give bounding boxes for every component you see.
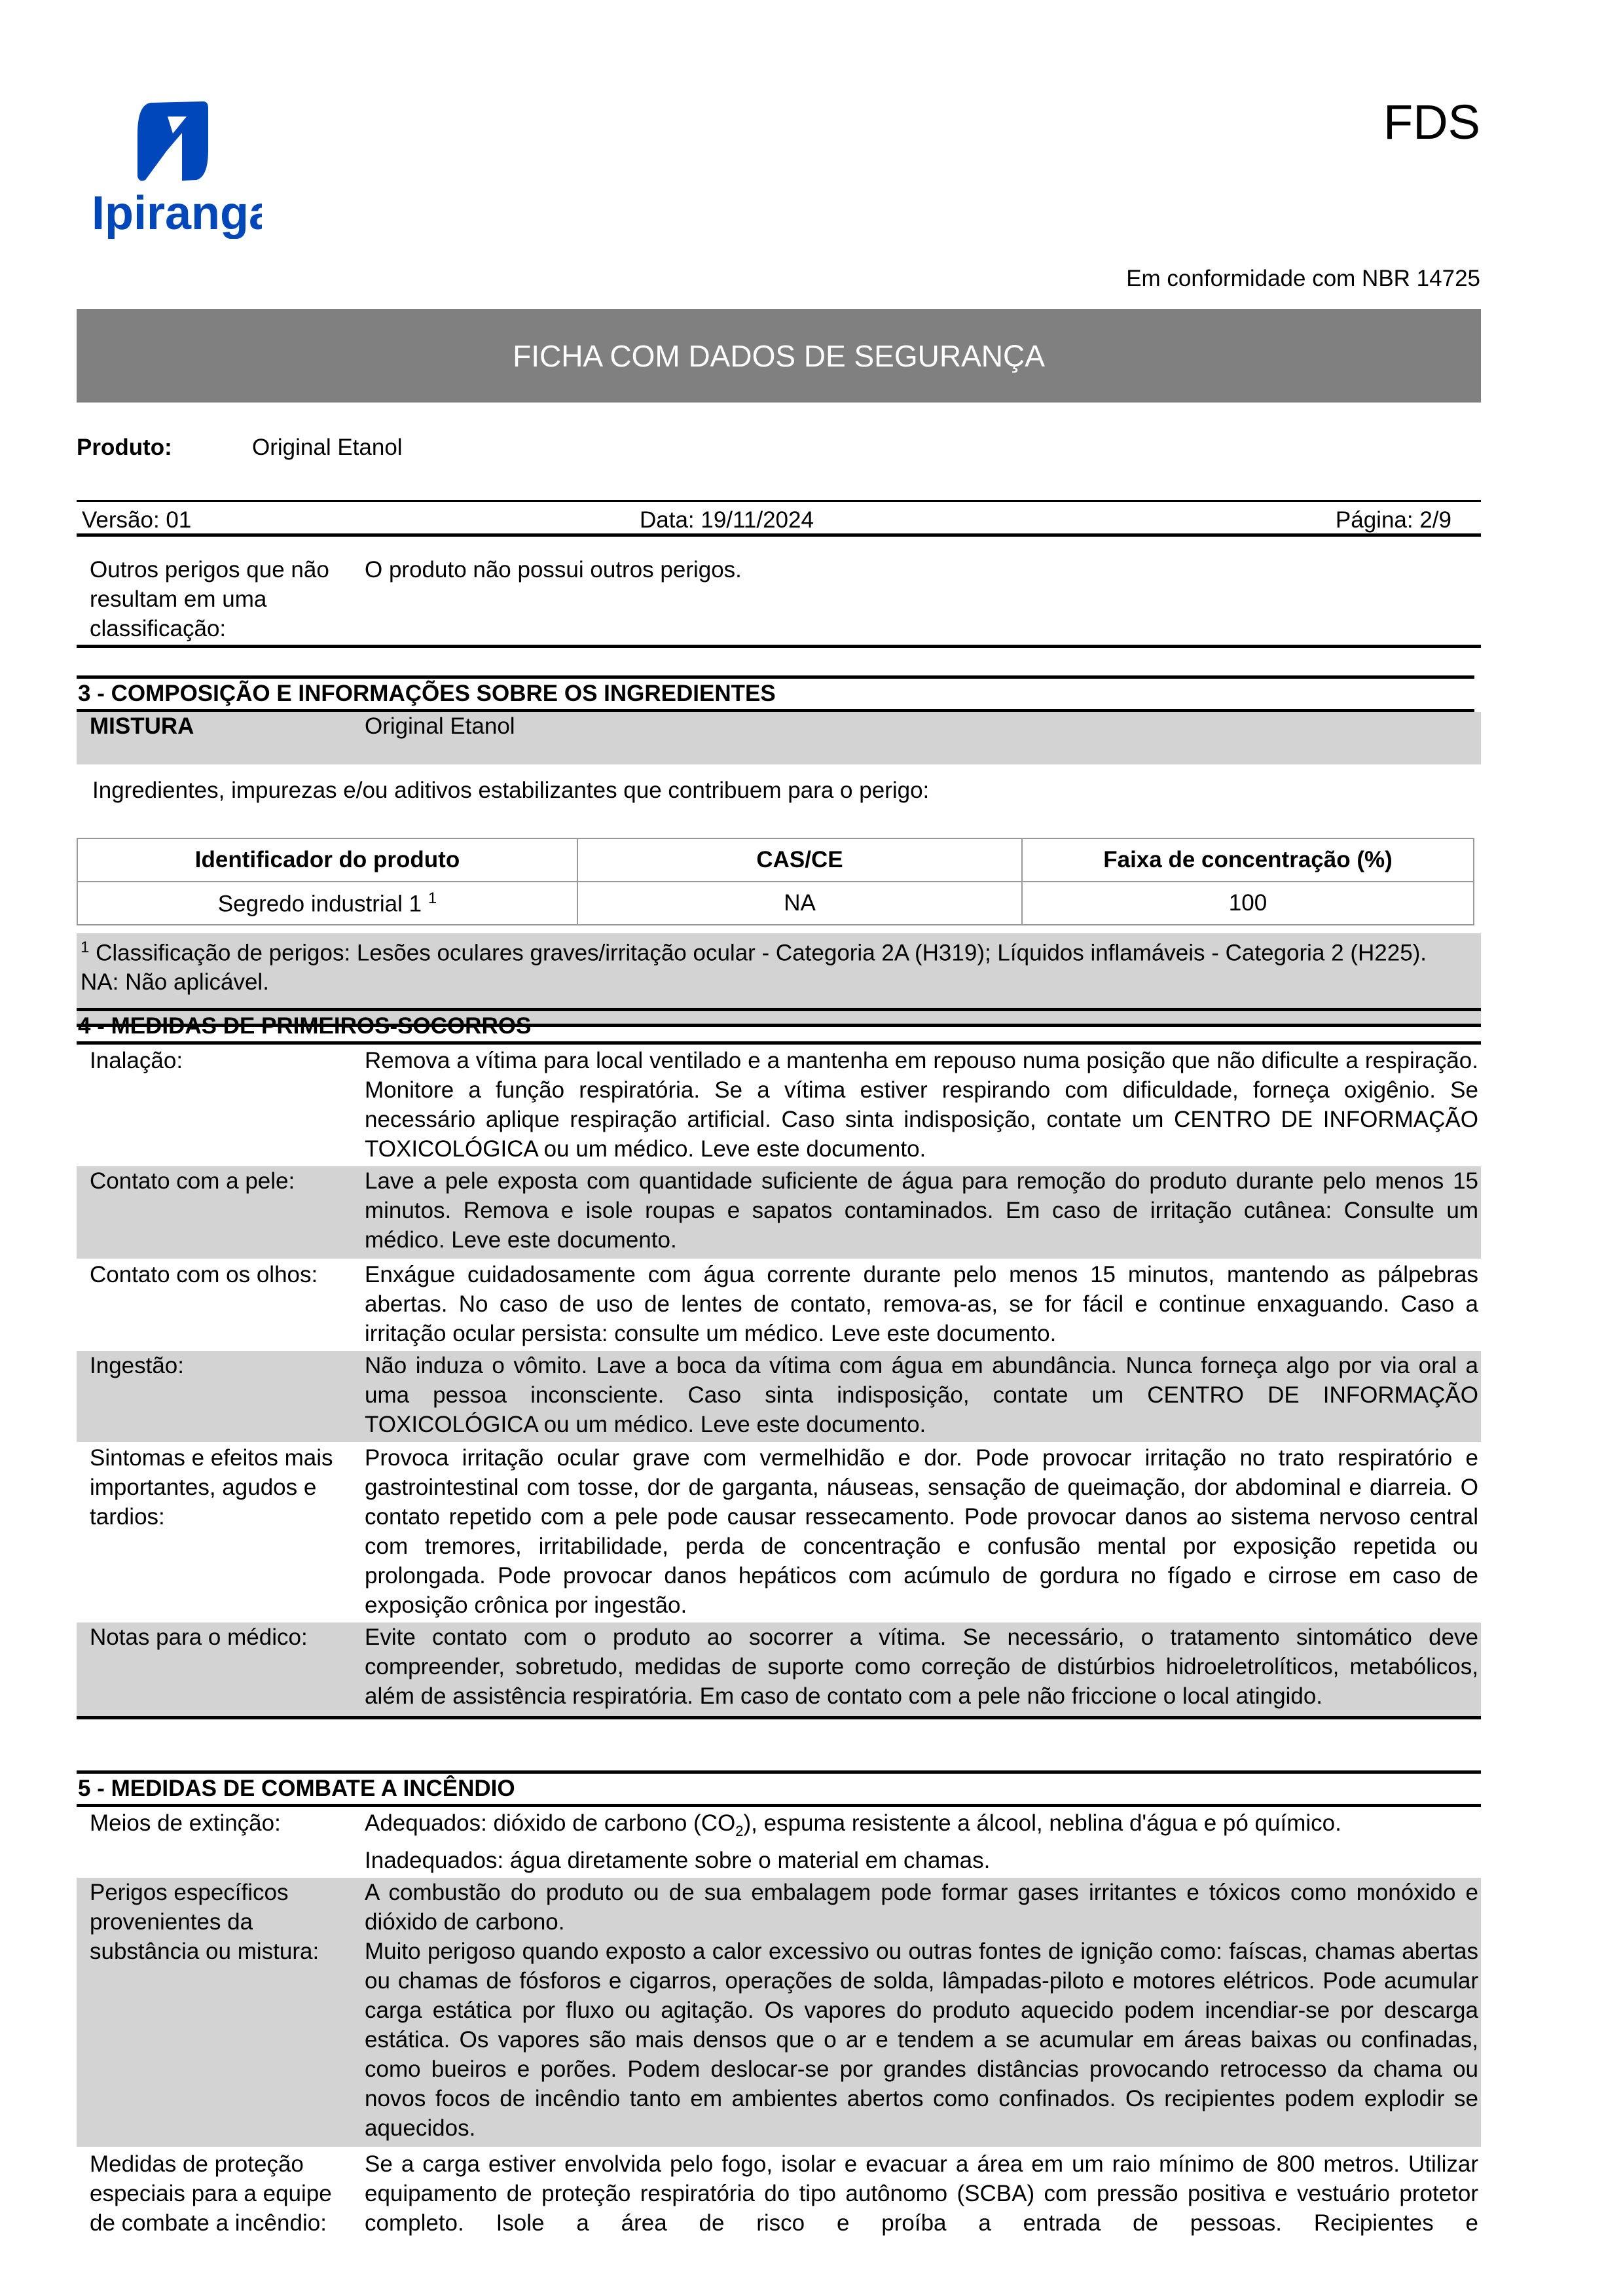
specific-hazards-text-2: Muito perigoso quando exposto a calor ex… xyxy=(365,1937,1478,2143)
ingredients-intro: Ingredientes, impurezas e/ou aditivos es… xyxy=(77,778,1481,838)
date: Data: 19/11/2024 xyxy=(640,507,814,533)
first-aid-label: Contato com os olhos: xyxy=(77,1260,365,1348)
first-aid-label: Notas para o médico: xyxy=(77,1623,365,1711)
mixture-row: MISTURA Original Etanol xyxy=(77,712,1481,764)
ingredients-table: Identificador do produto CAS/CE Faixa de… xyxy=(77,838,1474,925)
first-aid-label: Sintomas e efeitos mais importantes, agu… xyxy=(77,1443,365,1620)
section-5-title: 5 - MEDIDAS DE COMBATE A INCÊNDIO xyxy=(77,1770,1481,1807)
first-aid-ingestion: Ingestão: Não induza o vômito. Lave a bo… xyxy=(77,1351,1481,1442)
section-4-title: 4 - MEDIDAS DE PRIMEIROS-SOCORROS xyxy=(77,1008,1481,1045)
document-title: FICHA COM DADOS DE SEGURANÇA xyxy=(513,338,1045,374)
first-aid-text: Lave a pele exposta com quantidade sufic… xyxy=(365,1166,1481,1255)
table-row: Segredo industrial 1 1 NA 100 xyxy=(77,882,1474,925)
na-note: NA: Não aplicável. xyxy=(81,968,1477,997)
specific-hazards-text-1: A combustão do produto ou de sua embalag… xyxy=(365,1878,1478,1937)
first-aid-label: Contato com a pele: xyxy=(77,1166,365,1255)
footnote-text: Classificação de perigos: Lesões oculare… xyxy=(96,941,1427,966)
section-5: 5 - MEDIDAS DE COMBATE A INCÊNDIO Meios … xyxy=(77,1770,1481,2238)
firefighter-protection: Medidas de proteção especiais para a equ… xyxy=(77,2147,1481,2238)
cas-cell: NA xyxy=(577,882,1022,925)
first-aid-text: Remova a vítima para local ventilado e a… xyxy=(365,1046,1481,1164)
version-bar: Versão: 01 Data: 19/11/2024 Página: 2/9 xyxy=(77,500,1481,537)
col-concentration: Faixa de concentração (%) xyxy=(1022,838,1474,882)
mixture-value: Original Etanol xyxy=(365,712,1481,764)
protection-text: Se a carga estiver envolvida pelo fogo, … xyxy=(365,2149,1481,2238)
first-aid-eyes: Contato com os olhos: Enxágue cuidadosam… xyxy=(77,1259,1481,1348)
footnote-mark: 1 xyxy=(81,939,89,956)
ipiranga-mark-icon: Ipiranga xyxy=(92,95,262,239)
version: Versão: 01 xyxy=(82,507,191,533)
document-code: FDS xyxy=(1383,98,1480,147)
extinction-unsuitable: Inadequados: água diretamente sobre o ma… xyxy=(365,1846,1478,1875)
extinction-suitable-suffix: ), espuma resistente a álcool, neblina d… xyxy=(743,1810,1341,1836)
specific-hazards-label: Perigos específicos provenientes da subs… xyxy=(77,1878,365,2143)
first-aid-label: Inalação: xyxy=(77,1046,365,1164)
section-3-title: 3 - COMPOSIÇÃO E INFORMAÇÕES SOBRE OS IN… xyxy=(77,675,1474,712)
col-identifier: Identificador do produto xyxy=(77,838,577,882)
co2-subscript: 2 xyxy=(735,1823,743,1839)
identifier-cell: Segredo industrial 1 xyxy=(218,891,422,916)
svg-text:Ipiranga: Ipiranga xyxy=(92,187,262,239)
first-aid-skin: Contato com a pele: Lave a pele exposta … xyxy=(77,1166,1481,1259)
identifier-footnote-mark: 1 xyxy=(428,889,437,907)
protection-label: Medidas de proteção especiais para a equ… xyxy=(77,2149,365,2238)
other-hazards-row: Outros perigos que não resultam em uma c… xyxy=(77,555,1481,648)
other-hazards-value: O produto não possui outros perigos. xyxy=(365,555,1481,643)
first-aid-symptoms: Sintomas e efeitos mais importantes, agu… xyxy=(77,1442,1481,1620)
col-cas: CAS/CE xyxy=(577,838,1022,882)
product-value: Original Etanol xyxy=(252,435,403,461)
first-aid-text: Evite contato com o produto ao socorrer … xyxy=(365,1623,1481,1711)
first-aid-text: Não induza o vômito. Lave a boca da víti… xyxy=(365,1351,1481,1439)
extinction-suitable-prefix: Adequados: dióxido de carbono (CO xyxy=(365,1810,735,1836)
first-aid-physician-notes: Notas para o médico: Evite contato com o… xyxy=(77,1623,1481,1719)
specific-hazards: Perigos específicos provenientes da subs… xyxy=(77,1878,1481,2147)
extinction-label: Meios de extinção: xyxy=(77,1808,365,1875)
extinction-media: Meios de extinção: Adequados: dióxido de… xyxy=(77,1807,1481,1878)
first-aid-inhalation: Inalação: Remova a vítima para local ven… xyxy=(77,1045,1481,1164)
product-label: Produto: xyxy=(77,435,252,461)
first-aid-text: Provoca irritação ocular grave com verme… xyxy=(365,1443,1481,1620)
conformity-note: Em conformidade com NBR 14725 xyxy=(1126,267,1480,290)
concentration-cell: 100 xyxy=(1022,882,1474,925)
mixture-label: MISTURA xyxy=(77,712,365,764)
page-number: Página: 2/9 xyxy=(1336,507,1451,533)
first-aid-label: Ingestão: xyxy=(77,1351,365,1439)
section-3: 3 - COMPOSIÇÃO E INFORMAÇÕES SOBRE OS IN… xyxy=(77,675,1481,1027)
first-aid-text: Enxágue cuidadosamente com água corrente… xyxy=(365,1260,1481,1348)
other-hazards-label: Outros perigos que não resultam em uma c… xyxy=(77,555,365,643)
section-4: 4 - MEDIDAS DE PRIMEIROS-SOCORROS Inalaç… xyxy=(77,1008,1481,1719)
product-row: Produto: Original Etanol xyxy=(77,435,403,461)
document-title-band: FICHA COM DADOS DE SEGURANÇA xyxy=(77,309,1481,403)
ipiranga-logo: Ipiranga xyxy=(92,95,262,239)
